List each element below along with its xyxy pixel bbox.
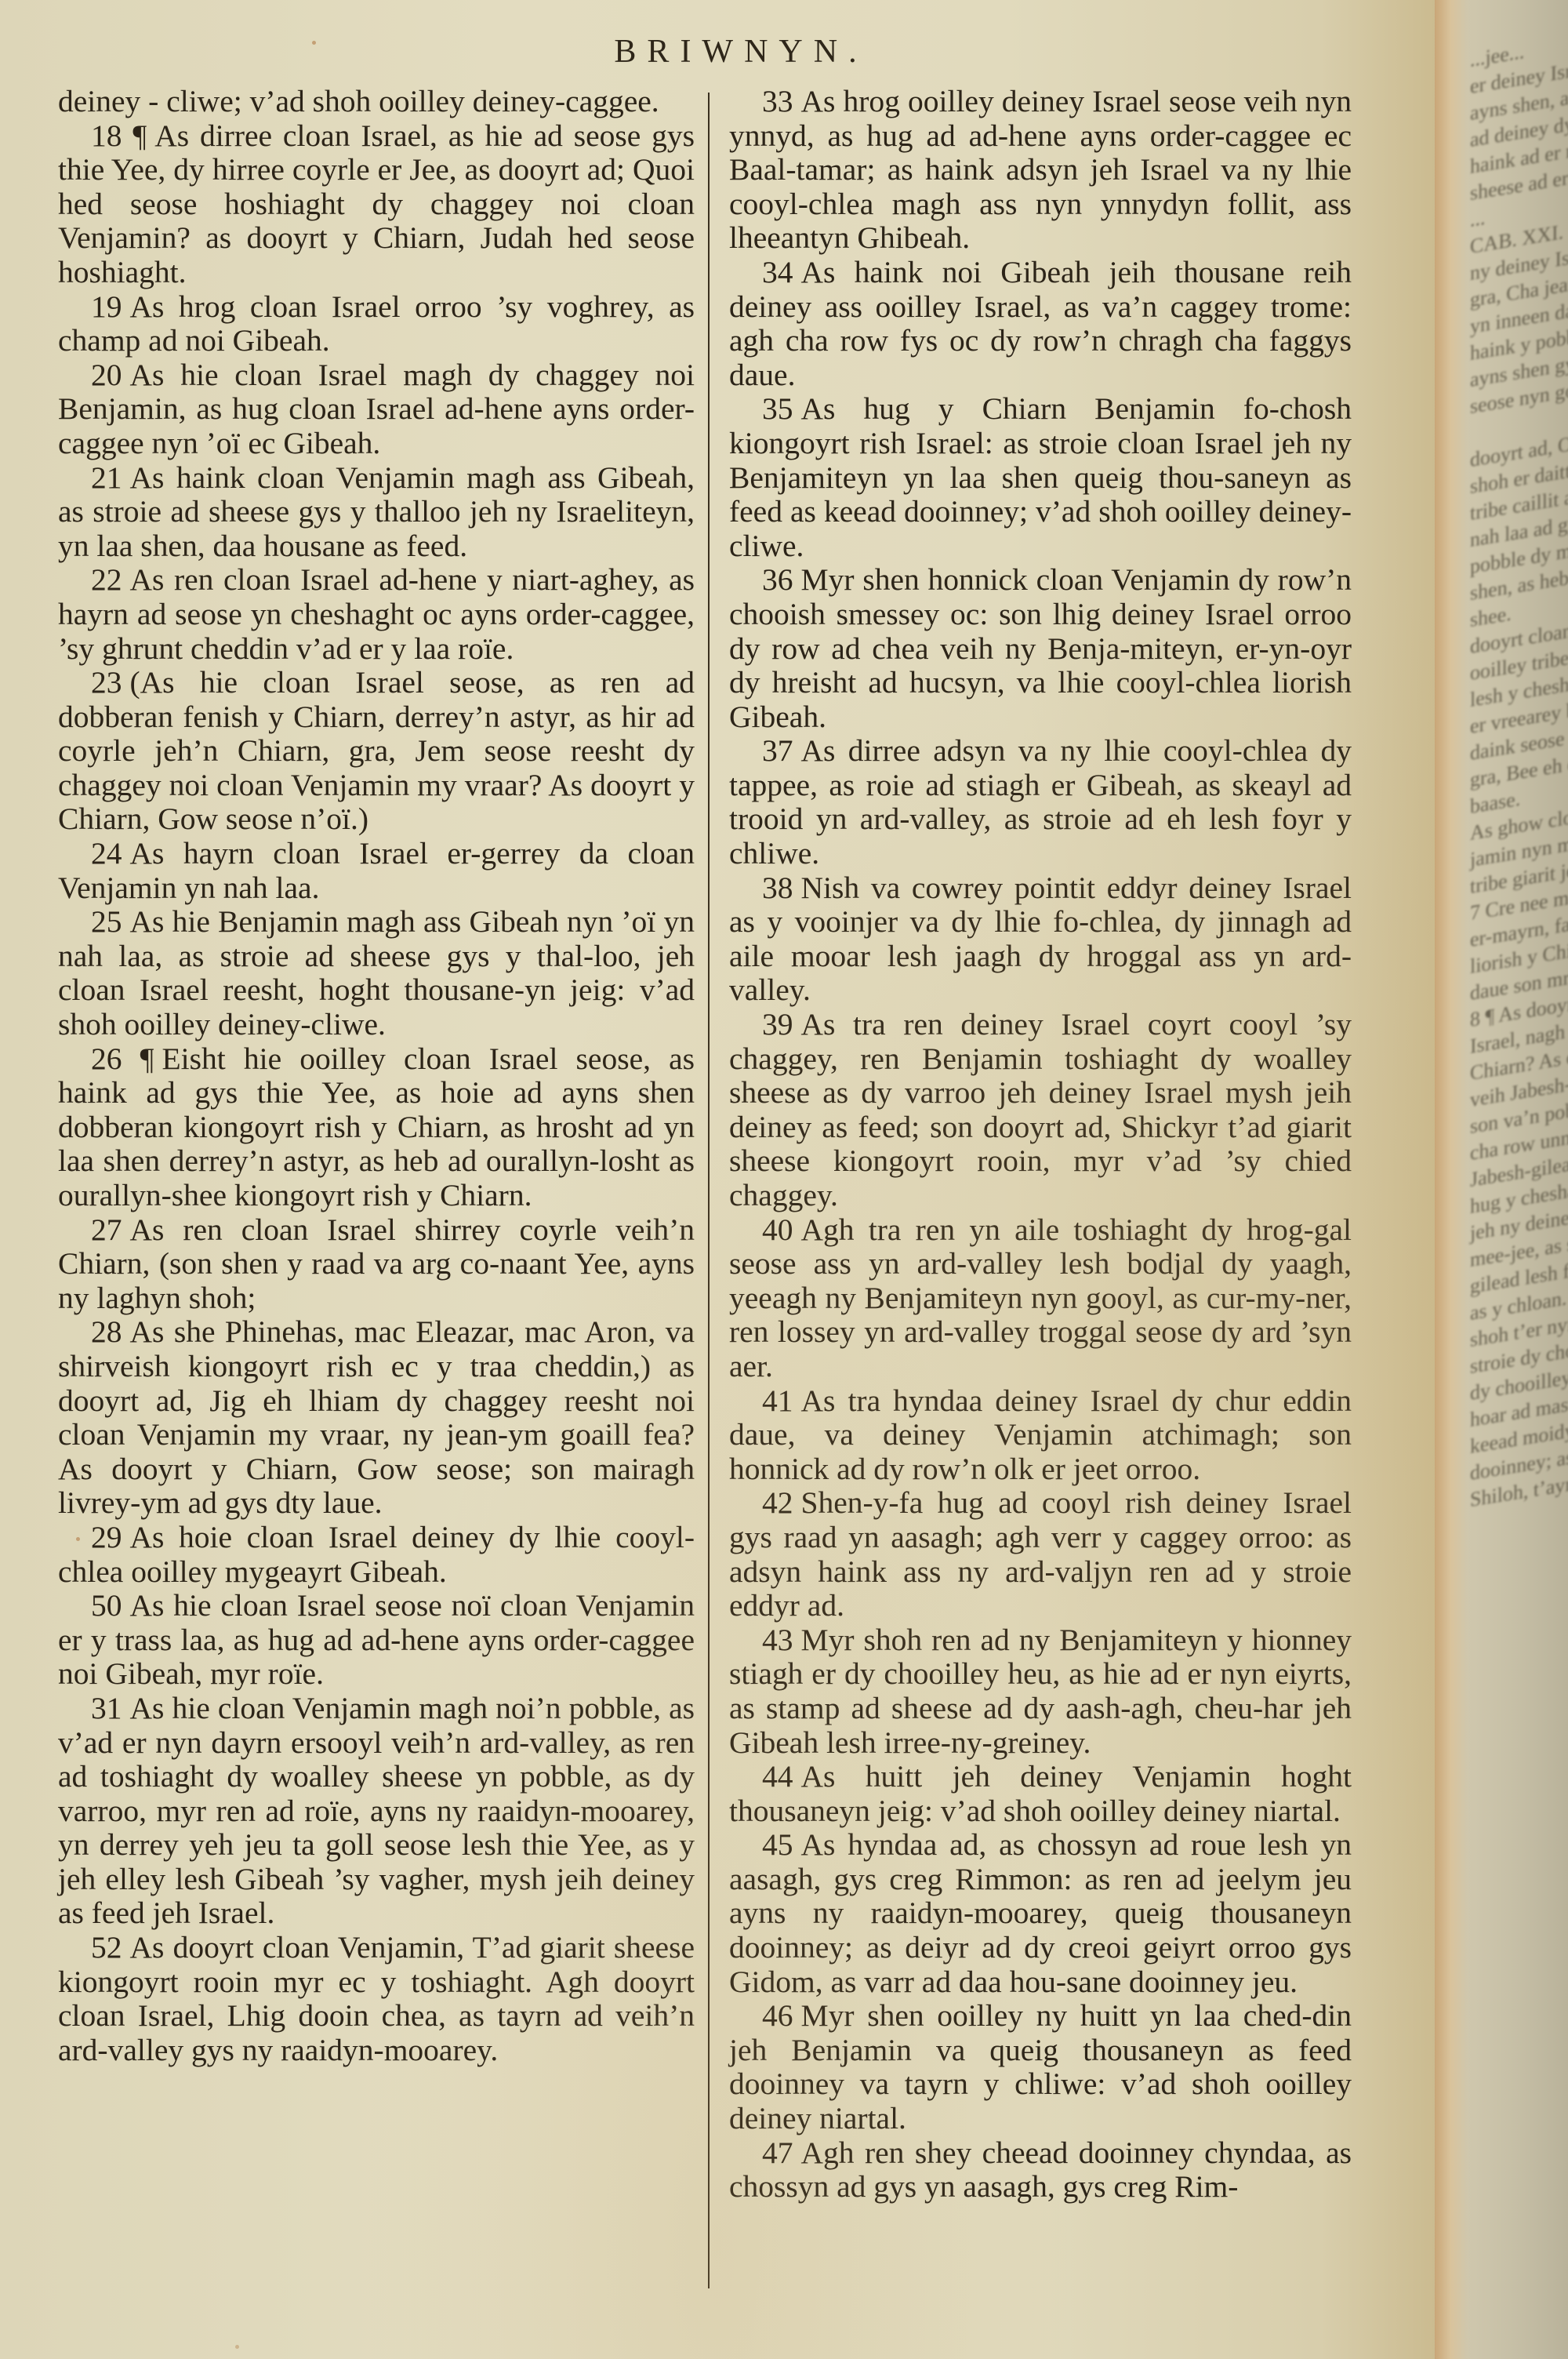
verse-number: 18 ¶ (91, 118, 147, 153)
verse: 26 ¶Eisht hie ooilley cloan Israel seose… (58, 1042, 695, 1213)
verse-number: 23 (91, 665, 122, 700)
column-divider (708, 93, 710, 2288)
verse-number: 52 (91, 1930, 122, 1965)
verse-number: 35 (762, 391, 793, 426)
verse: 35As hug y Chiarn Benjamin fo-chosh kion… (729, 392, 1352, 563)
verse-text: Myr shen ooilley ny huitt yn laa ched-di… (729, 1998, 1352, 2135)
verse-text: As haink cloan Venjamin magh ass Gibeah,… (58, 460, 695, 563)
verse-text: Nish va cowrey pointit eddyr deiney Isra… (729, 871, 1352, 1008)
verse-number: 38 (762, 871, 793, 905)
verse: 27As ren cloan Israel shirrey coyrle vei… (58, 1213, 695, 1316)
verse: 44As huitt jeh deiney Venjamin hoght tho… (729, 1760, 1352, 1828)
verse: 36Myr shen honnick cloan Venjamin dy row… (729, 563, 1352, 734)
verse: 52As dooyrt cloan Venjamin, T’ad giarit … (58, 1931, 695, 2067)
verse-number: 47 (762, 2135, 793, 2170)
verse-text: As tra hyndaa deiney Israel dy chur eddi… (729, 1383, 1352, 1486)
verse-number: 45 (762, 1827, 793, 1862)
verse-text: As tra ren deiney Israel coyrt cooyl ’sy… (729, 1007, 1352, 1212)
verse-text: Agh tra ren yn aile toshiaght dy hrog-ga… (729, 1212, 1352, 1383)
verse-text: As hoie cloan Israel deiney dy lhie cooy… (58, 1520, 695, 1589)
verse-number: 44 (762, 1759, 793, 1794)
verse: 50As hie cloan Israel seose noï cloan Ve… (58, 1589, 695, 1692)
verse-number: 40 (762, 1212, 793, 1247)
verse: 18 ¶As dirree cloan Israel, as hie ad se… (58, 119, 695, 290)
verse-text: As hie Benjamin magh ass Gibeah nyn ’oï … (58, 904, 695, 1041)
verse-number: 46 (762, 1998, 793, 2033)
paper-speck (312, 41, 316, 45)
verse-number: 42 (762, 1485, 793, 1520)
verse-text: As hie cloan Israel seose noï cloan Venj… (58, 1588, 695, 1691)
verse: 20As hie cloan Israel magh dy chaggey no… (58, 358, 695, 461)
verse-number: 50 (91, 1588, 122, 1623)
verse-text: As dooyrt cloan Venjamin, T’ad giarit sh… (58, 1930, 695, 2067)
running-head: BRIWNYN. (0, 33, 1435, 71)
verse-number: 39 (762, 1007, 793, 1041)
verse-text: As she Phinehas, mac Eleazar, mac Aron, … (58, 1314, 695, 1520)
verse-number: 20 (91, 358, 122, 392)
verse-text: Shen-y-fa hug ad cooyl rish deiney Israe… (729, 1485, 1352, 1623)
verse-text: Myr shoh ren ad ny Benjamiteyn y hionney… (729, 1623, 1352, 1760)
verse-text: As ren cloan Israel shirrey coyrle veih’… (58, 1212, 695, 1315)
verse: 38Nish va cowrey pointit eddyr deiney Is… (729, 871, 1352, 1008)
verse-number: 29 (91, 1520, 122, 1554)
verse-text: As hrog cloan Israel orroo ’sy voghrey, … (58, 289, 695, 358)
verse-number: 19 (91, 289, 122, 324)
verse-number: 33 (762, 84, 793, 118)
verse-text: As ren cloan Israel ad-hene y niart-aghe… (58, 562, 695, 665)
verse-number: 36 (762, 562, 793, 597)
verse: 45As hyndaa ad, as chossyn ad roue lesh … (729, 1828, 1352, 1999)
verse: 28As she Phinehas, mac Eleazar, mac Aron… (58, 1315, 695, 1521)
verse: 23(As hie cloan Israel seose, as ren ad … (58, 666, 695, 837)
verse: 21As haink cloan Venjamin magh ass Gibea… (58, 461, 695, 564)
verse: 19As hrog cloan Israel orroo ’sy voghrey… (58, 290, 695, 358)
left-column: deiney - cliwe; v’ad shoh ooilley deiney… (58, 85, 695, 2067)
verse: 46Myr shen ooilley ny huitt yn laa ched-… (729, 1999, 1352, 2135)
verse-text: As haink noi Gibeah jeih thousane reih d… (729, 255, 1352, 392)
verse-text: As hyndaa ad, as chossyn ad roue lesh yn… (729, 1827, 1352, 1998)
book-page: BRIWNYN. deiney - cliwe; v’ad shoh ooill… (0, 0, 1435, 2359)
verse-text: Myr shen honnick cloan Venjamin dy row’n… (729, 562, 1352, 733)
verse-number: 34 (762, 255, 793, 289)
verse-number: 21 (91, 460, 122, 495)
paper-speck (235, 2345, 239, 2349)
verse: 41As tra hyndaa deiney Israel dy chur ed… (729, 1384, 1352, 1487)
verse-text: As hie cloan Israel magh dy chaggey noi … (58, 358, 695, 460)
next-page-text: ...jee...er deiney Israel, magh asayns s… (1470, 7, 1568, 1514)
verse-text: deiney - cliwe; v’ad shoh ooilley deiney… (58, 84, 659, 118)
verse-continuation: deiney - cliwe; v’ad shoh ooilley deiney… (58, 85, 695, 119)
verse: 34As haink noi Gibeah jeih thousane reih… (729, 256, 1352, 392)
verse: 43Myr shoh ren ad ny Benjamiteyn y hionn… (729, 1623, 1352, 1760)
verse-number: 31 (91, 1691, 122, 1725)
verse-number: 26 ¶ (91, 1041, 154, 1076)
verse: 33As hrog ooilley deiney Israel seose ve… (729, 85, 1352, 256)
verse: 39As tra ren deiney Israel coyrt cooyl ’… (729, 1008, 1352, 1213)
verse-number: 28 (91, 1314, 122, 1349)
verse-number: 25 (91, 904, 122, 939)
paper-speck (76, 1537, 80, 1541)
verse: 31As hie cloan Venjamin magh noi’n pobbl… (58, 1692, 695, 1931)
verse: 24As hayrn cloan Israel er-gerrey da clo… (58, 837, 695, 905)
verse-text: Agh ren shey cheead dooinney chyndaa, as… (729, 2135, 1352, 2205)
verse: 40Agh tra ren yn aile toshiaght dy hrog-… (729, 1213, 1352, 1384)
verse-number: 37 (762, 733, 793, 768)
verse: 22As ren cloan Israel ad-hene y niart-ag… (58, 563, 695, 666)
verse-text: As hug y Chiarn Benjamin fo-chosh kiongo… (729, 391, 1352, 562)
verse: 47Agh ren shey cheead dooinney chyndaa, … (729, 2136, 1352, 2205)
verse-text: (As hie cloan Israel seose, as ren ad do… (58, 665, 695, 836)
verse-number: 27 (91, 1212, 122, 1247)
verse-text: As hrog ooilley deiney Israel seose veih… (729, 84, 1352, 255)
verse: 37As dirree adsyn va ny lhie cooyl-chlea… (729, 734, 1352, 871)
verse-number: 22 (91, 562, 122, 597)
verse-text: As dirree cloan Israel, as hie ad seose … (58, 118, 695, 289)
verse-number: 41 (762, 1383, 793, 1418)
right-column: 33As hrog ooilley deiney Israel seose ve… (729, 85, 1352, 2205)
verse: 29As hoie cloan Israel deiney dy lhie co… (58, 1521, 695, 1589)
verse-number: 43 (762, 1623, 793, 1657)
verse-text: As hie cloan Venjamin magh noi’n pobble,… (58, 1691, 695, 1931)
verse-text: As dirree adsyn va ny lhie cooyl-chlea d… (729, 733, 1352, 871)
curled-next-page: ...jee...er deiney Israel, magh asayns s… (1435, 0, 1568, 2359)
verse-text: As hayrn cloan Israel er-gerrey da cloan… (58, 836, 695, 905)
verse: 25As hie Benjamin magh ass Gibeah nyn ’o… (58, 905, 695, 1041)
verse-text: As huitt jeh deiney Venjamin hoght thous… (729, 1759, 1352, 1828)
verse-number: 24 (91, 836, 122, 871)
verse: 42Shen-y-fa hug ad cooyl rish deiney Isr… (729, 1486, 1352, 1623)
